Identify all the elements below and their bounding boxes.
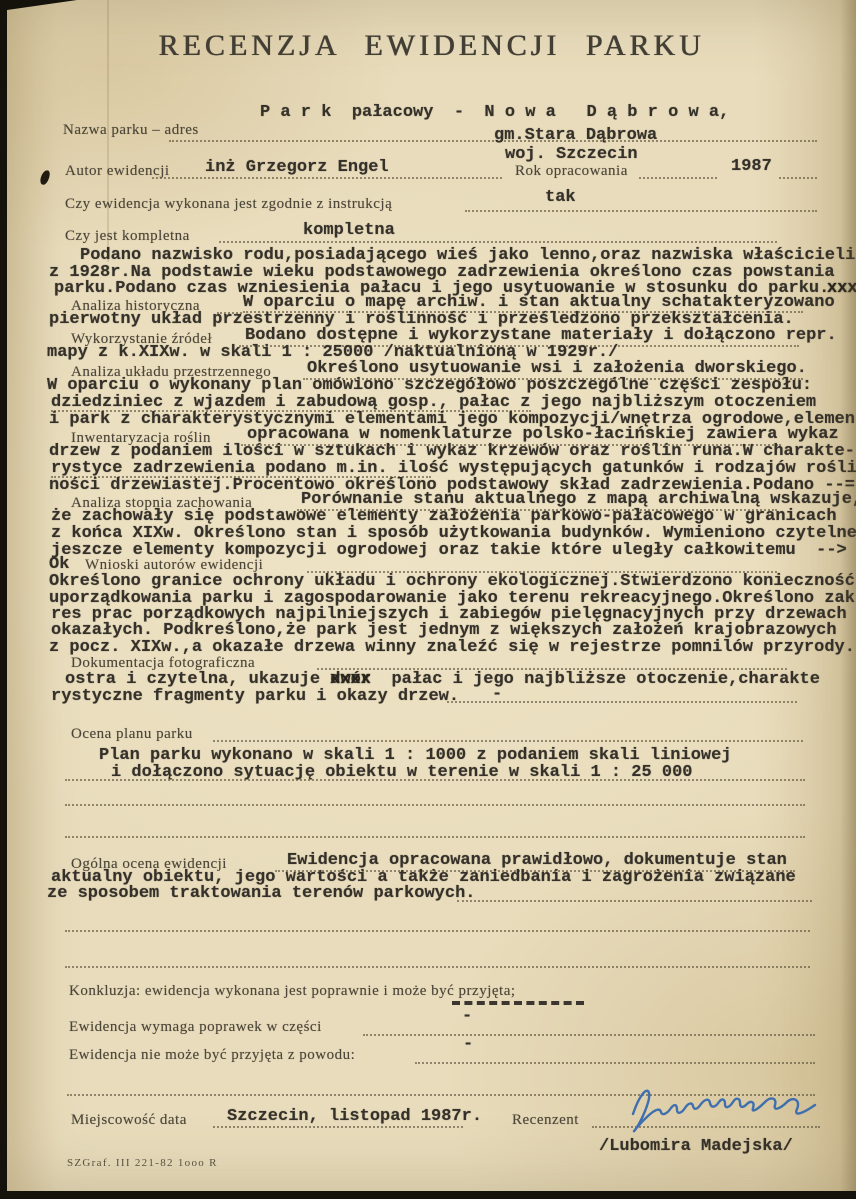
form-label: Ewidencja wymaga poprawek w części xyxy=(69,1019,322,1036)
typed-text-line: 1987 xyxy=(731,158,772,175)
form-label: Nazwa parku – adres xyxy=(63,122,199,139)
typed-text-line: rystyce zadrzewienia podano m.in. ilość … xyxy=(51,460,856,477)
typed-text-line: Bodano dostępne i wykorzystane materiały… xyxy=(245,327,837,344)
overstrike-marks: xxxx xyxy=(330,671,371,688)
dotted-leader xyxy=(169,140,817,142)
typed-text-line: Szczecin, listopad 1987r. xyxy=(227,1108,482,1125)
dotted-leader xyxy=(152,177,502,179)
dotted-leader xyxy=(65,779,805,781)
typed-text-line: Podano nazwisko rodu,posiadającego wieś … xyxy=(80,247,855,264)
dotted-leader xyxy=(465,210,817,212)
typed-text-line: że zachowały się podstawowe elementy zał… xyxy=(51,508,837,525)
typed-text-line: Porównanie stanu aktualnego z mapą archi… xyxy=(301,491,856,508)
typed-text-line: z końca XIXw. Określono stan i sposób uż… xyxy=(51,525,856,542)
typed-text-line: drzew z podaniem ilości w sztukach i wyk… xyxy=(49,443,855,460)
signature-stroke xyxy=(633,1091,815,1131)
typed-text-line: z pocz. XIXw.,a okazałe drzewa winny zna… xyxy=(49,639,855,656)
dotted-leader xyxy=(363,1034,815,1036)
document-title: RECENZJA EWIDENCJI PARKU xyxy=(7,29,856,63)
reviewer-signature xyxy=(619,1078,829,1134)
form-label: Czy ewidencja wykonana jest zgodnie z in… xyxy=(65,196,392,213)
dotted-leader xyxy=(213,740,803,742)
scanned-document-page: RECENZJA EWIDENCJI PARKU P a r k pałacow… xyxy=(0,0,856,1199)
typed-text-line: tak xyxy=(545,189,576,206)
typed-text-line: woj. Szczecin xyxy=(505,146,638,163)
print-shop-imprint: SZGraf. III 221-82 1ooo R xyxy=(67,1157,218,1169)
typed-text-line: W oparciu o wykonany plan omówiono szcze… xyxy=(47,377,812,394)
typed-text-line: Ok xyxy=(49,556,69,573)
typed-text-line: Ewidencja opracowana prawidłowo, dokumen… xyxy=(287,852,787,869)
typed-text-line: ostra i czytelna, ukazuje dwór pałac i j… xyxy=(65,671,820,688)
dotted-leader xyxy=(415,1062,815,1064)
form-label: Miejscowość data xyxy=(71,1112,187,1129)
dotted-leader xyxy=(219,241,777,243)
dotted-leader xyxy=(779,177,817,179)
dash-mark: - xyxy=(462,1008,472,1025)
form-label: Rok opracowania xyxy=(515,163,628,180)
form-label: Czy jest kompletna xyxy=(65,228,190,245)
typed-text-line: ze sposobem traktowania terenów parkowyc… xyxy=(47,885,475,902)
form-label: Ocena planu parku xyxy=(71,726,193,743)
typed-text-line: P a r k pałacowy - N o w a D ą b r o w a… xyxy=(260,104,729,121)
reviewer-name-typed: /Lubomira Madejska/ xyxy=(599,1138,793,1155)
dotted-leader xyxy=(65,930,810,932)
dotted-leader xyxy=(639,177,717,179)
typed-text-line: gm.Stara Dąbrowa xyxy=(494,127,657,144)
dotted-leader xyxy=(457,900,812,902)
typed-text-line: rystyczne fragmenty parku i okazy drzew. xyxy=(51,688,459,705)
typed-text-line: okazałych. Podkreślono,że park jest jedn… xyxy=(51,622,837,639)
dotted-leader xyxy=(65,804,805,806)
dotted-leader xyxy=(65,836,805,838)
typed-text-line: Plan parku wykonano w skali 1 : 1000 z p… xyxy=(99,747,732,764)
form-label: Ewidencja nie może być przyjęta z powodu… xyxy=(69,1047,355,1064)
dotted-leader xyxy=(65,966,810,968)
dash-mark: - xyxy=(463,1036,473,1053)
form-label: Recenzent xyxy=(512,1112,579,1129)
dotted-leader xyxy=(213,1126,463,1128)
form-paper: RECENZJA EWIDENCJI PARKU P a r k pałacow… xyxy=(7,0,856,1191)
form-label: Konkluzja: ewidencja wykonana jest popra… xyxy=(69,983,516,1000)
typed-text-line: Określono usytuowanie wsi i założenia dw… xyxy=(307,360,807,377)
typed-text-line: inż Grzegorz Engel xyxy=(205,159,389,176)
typed-text-line: W oparciu o mapę archiw. i stan aktualny… xyxy=(243,294,835,311)
ink-blot xyxy=(39,169,51,186)
typed-text-line: Określono granice ochrony układu i ochro… xyxy=(49,573,855,590)
typed-text-line: opracowana w nomenklaturze polsko-łacińs… xyxy=(247,426,839,443)
typed-text-line: kompletna xyxy=(303,222,395,239)
dash-underline xyxy=(452,1001,584,1005)
dotted-leader xyxy=(447,701,797,703)
typed-text-line: dziedziniec z wjazdem i zabudową gosp., … xyxy=(51,394,816,411)
